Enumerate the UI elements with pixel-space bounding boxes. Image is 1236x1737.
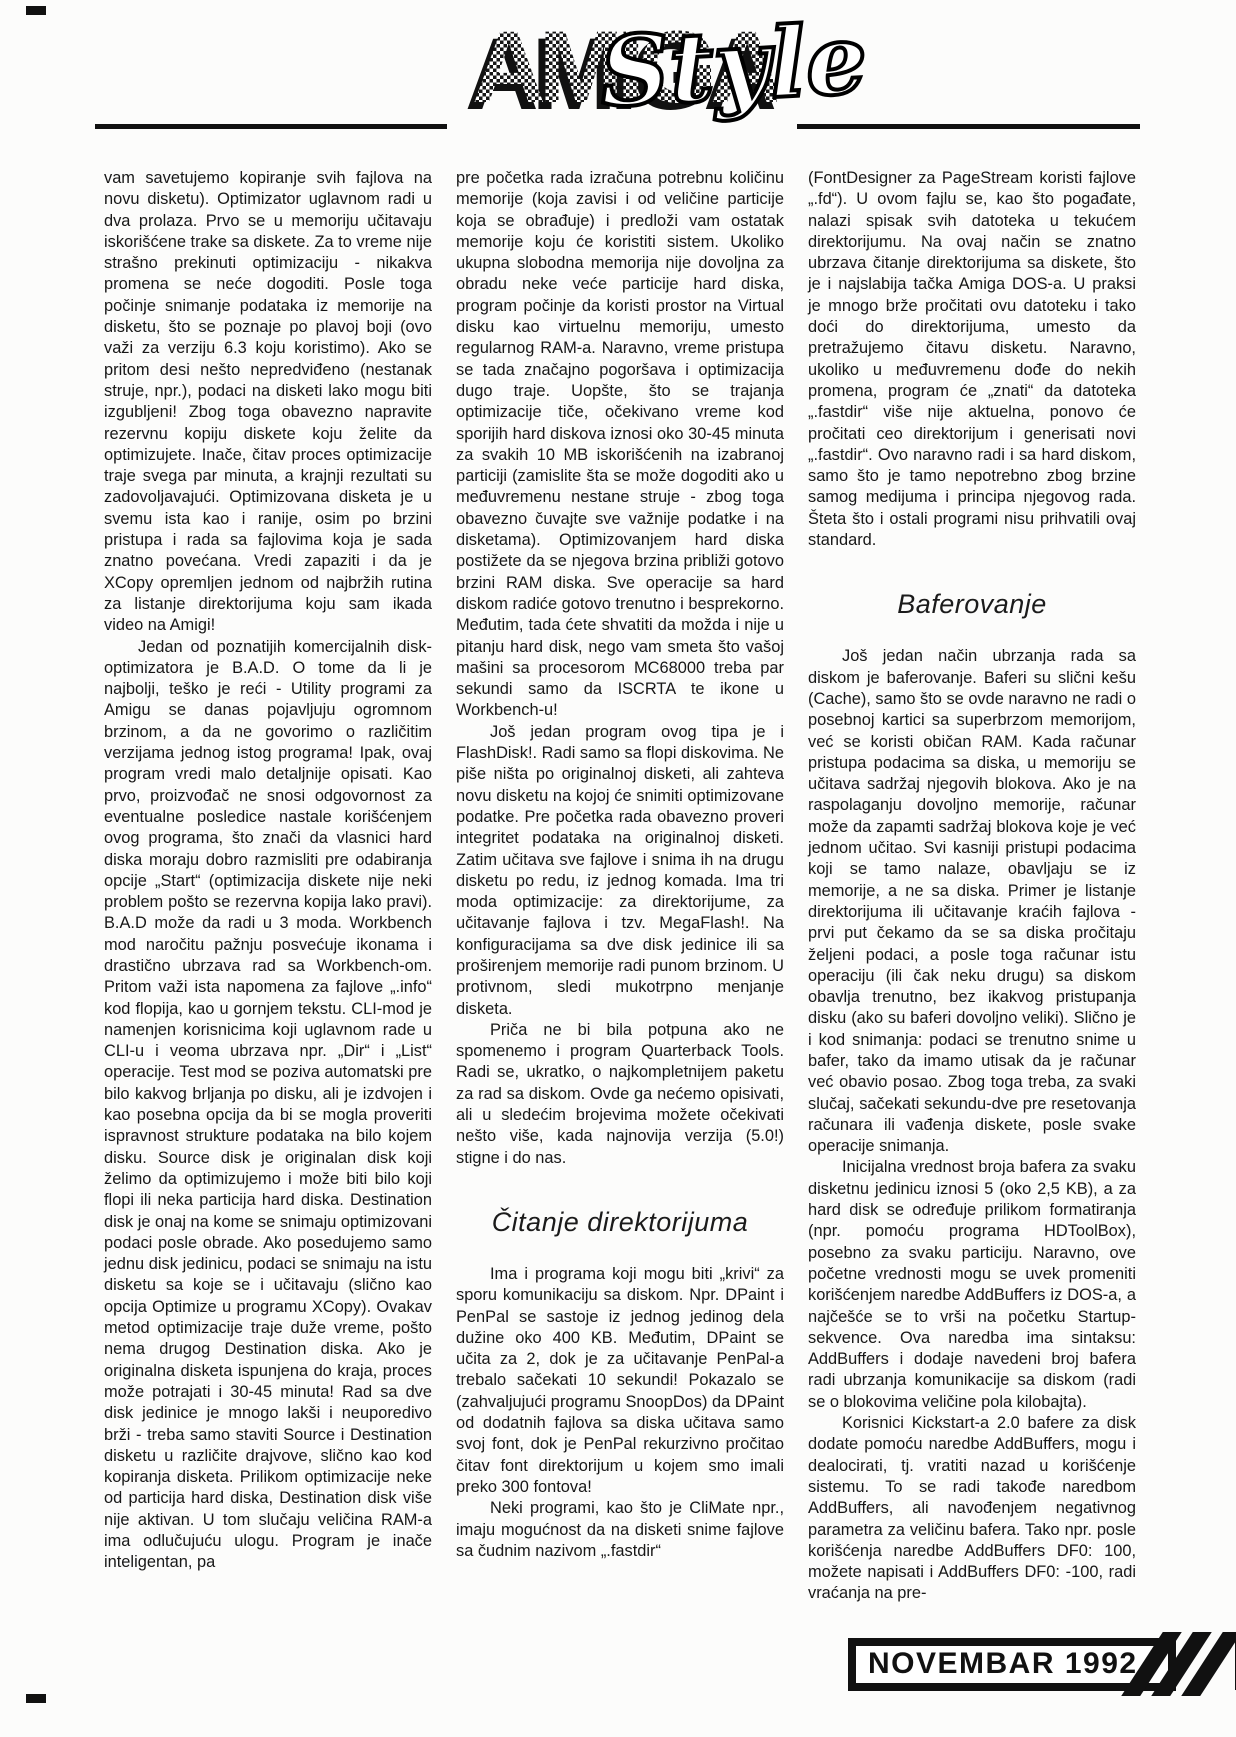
footer: NOVEMBAR 1992 19 xyxy=(848,1632,1236,1696)
paragraph: (FontDesigner za PageStream koristi fajl… xyxy=(808,168,1136,551)
section-heading: Čitanje direktorijuma xyxy=(456,1207,784,1238)
paragraph: Jedan od poznatijih komercijalnih disk-o… xyxy=(104,637,432,1574)
paragraph: pre početka rada izračuna potrebnu količ… xyxy=(456,168,784,722)
section-heading: Baferovanje xyxy=(808,589,1136,620)
column-3: (FontDesigner za PageStream koristi fajl… xyxy=(808,168,1136,1605)
masthead: AMIGA AMIGA Style xyxy=(0,0,1236,175)
issue-label: NOVEMBAR 1992 xyxy=(868,1647,1138,1680)
crop-mark-bottom-left xyxy=(26,1694,46,1703)
paragraph: Korisnici Kickstart-a 2.0 bafere za disk… xyxy=(808,1413,1136,1605)
amiga-style-logo: AMIGA AMIGA Style xyxy=(472,16,812,166)
masthead-rule-left xyxy=(95,124,447,129)
column-2: pre početka rada izračuna potrebnu količ… xyxy=(456,168,784,1605)
paragraph: Još jedan program ovog tipa je i FlashDi… xyxy=(456,722,784,1020)
paragraph: vam savetujemo kopiranje svih fajlova na… xyxy=(104,168,432,637)
paragraph: Priča ne bi bila potpuna ako ne spomenem… xyxy=(456,1020,784,1169)
paragraph: Neki programi, kao što je CliMate npr., … xyxy=(456,1498,784,1562)
logo-subtitle: Style xyxy=(598,11,870,121)
issue-banner: NOVEMBAR 1992 xyxy=(848,1638,1176,1691)
masthead-rule-right xyxy=(797,124,1140,129)
column-1: vam savetujemo kopiranje svih fajlova na… xyxy=(104,168,432,1605)
article-body: vam savetujemo kopiranje svih fajlova na… xyxy=(104,168,1136,1605)
paragraph: Ima i programa koji mogu biti „krivi“ za… xyxy=(456,1264,784,1498)
paragraph: Inicijalna vrednost broja bafera za svak… xyxy=(808,1157,1136,1413)
paragraph: Još jedan način ubrzanja rada sa diskom … xyxy=(808,646,1136,1157)
magazine-page: AMIGA AMIGA Style vam savetujemo kopiran… xyxy=(0,0,1236,1737)
